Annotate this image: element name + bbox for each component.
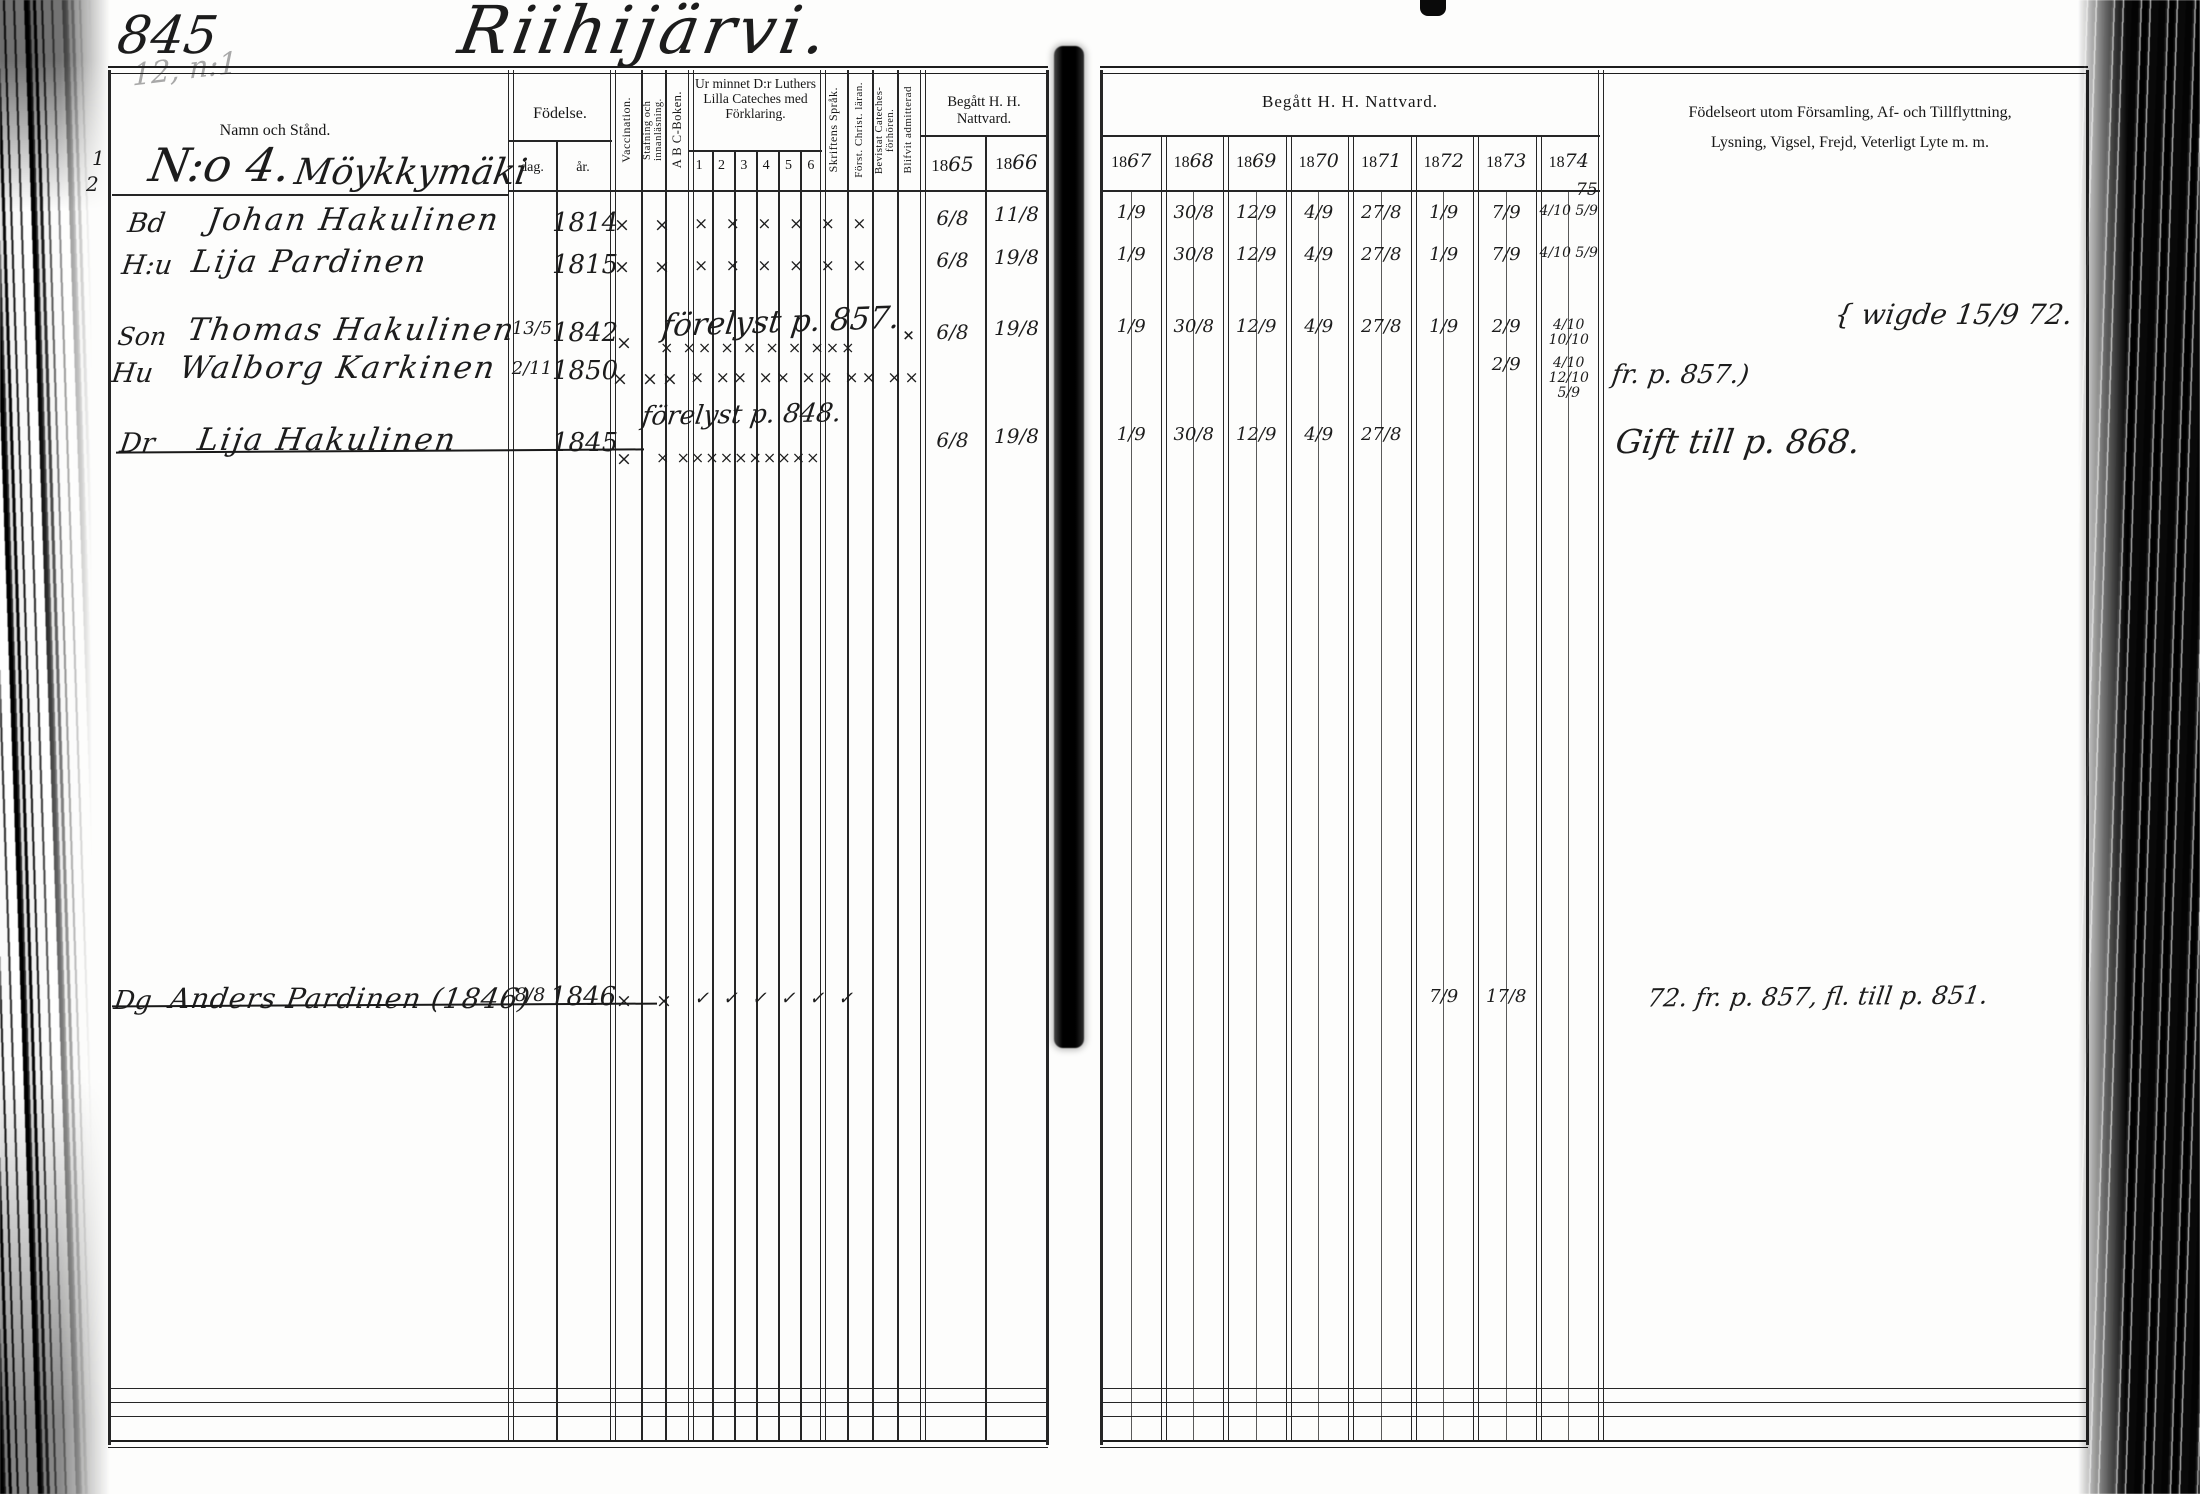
communion-entry: 27/8 bbox=[1350, 318, 1413, 348]
marks-catechism: × × × × × × bbox=[694, 214, 872, 234]
communion-entry: 7/9 bbox=[1413, 988, 1476, 1005]
marks-early: × bbox=[616, 332, 641, 354]
column-header-birth-year: år. bbox=[556, 160, 610, 176]
communion-row-right: 1/9 30/8 12/9 4/9 27/8 bbox=[1100, 426, 1600, 443]
catechism-col-5: 5 bbox=[777, 158, 799, 174]
communion-row-right: 2/9 4/10 12/10 5/9 bbox=[1100, 356, 1600, 401]
communion-entry: 4/10 5/9 bbox=[1538, 204, 1601, 221]
person-title: Bd bbox=[126, 208, 167, 239]
marks-early: × ×× bbox=[612, 368, 682, 390]
communion-entry: 4/9 bbox=[1288, 246, 1351, 263]
catechism-col-3: 3 bbox=[733, 158, 755, 174]
communion-entry: 7/9 bbox=[1475, 246, 1538, 263]
communion-entry: 30/8 bbox=[1163, 246, 1226, 263]
communion-entry: 11/8 bbox=[985, 202, 1048, 226]
communion-entry bbox=[1288, 356, 1351, 401]
communion-entry: 27/8 bbox=[1350, 246, 1413, 263]
birth-year: 1846 bbox=[550, 982, 608, 1012]
catechism-col-1: 1 bbox=[688, 158, 710, 174]
column-header-exam: Bevistat Cateches-förhören. bbox=[872, 72, 897, 188]
marks-early: × × bbox=[614, 256, 679, 278]
rule bbox=[897, 70, 899, 1440]
column-header-communion-left: Begått H. H. Nattvard. bbox=[920, 94, 1048, 128]
person-title: Son bbox=[116, 322, 168, 351]
rule bbox=[920, 135, 1048, 137]
communion-entry bbox=[1413, 356, 1476, 401]
communion-entry bbox=[1225, 988, 1288, 1005]
village-number: N:o 4. bbox=[145, 138, 295, 192]
communion-entry: 17/8 bbox=[1475, 988, 1538, 1005]
admitted-mark: × bbox=[897, 326, 920, 344]
communion-entry: 2/9 bbox=[1475, 318, 1538, 348]
marks-catechism: × ×× ×× ×× ×× ×× bbox=[690, 368, 922, 388]
right-year-headers: 1867 1868 1869 1870 1871 1872 1873 1874 bbox=[1100, 150, 1600, 172]
communion-entry bbox=[1475, 426, 1538, 443]
catechism-col-4: 4 bbox=[755, 158, 777, 174]
communion-entry bbox=[1288, 988, 1351, 1005]
book-gutter-shadow bbox=[1054, 46, 1084, 1048]
birth-year: 1815 bbox=[552, 250, 610, 280]
notes-column-header-line2: Lysning, Vigsel, Frejd, Veterligt Lyte m… bbox=[1640, 134, 2060, 152]
catechism-subcolumn-numbers: 1 2 3 4 5 6 bbox=[688, 158, 822, 174]
rule bbox=[112, 194, 508, 196]
communion-entry: 1/9 bbox=[1413, 246, 1476, 263]
person-name: Lija Pardinen bbox=[189, 244, 430, 280]
marks-catechism: × ×× × × × × ××× bbox=[660, 338, 857, 357]
communion-entry: 4/9 bbox=[1288, 204, 1351, 221]
column-header-scripture: Skriftens Språk. bbox=[820, 72, 847, 188]
scan-edge-right bbox=[2078, 0, 2200, 1494]
communion-entry bbox=[1225, 356, 1288, 401]
marks-early: × bbox=[616, 448, 641, 470]
year-note-75: 75 bbox=[1576, 180, 1598, 200]
communion-entry: 6/8 bbox=[920, 320, 985, 344]
person-title: Dg bbox=[112, 986, 154, 1016]
scan-edge-left-shade bbox=[0, 0, 110, 1494]
marks-early: × × bbox=[614, 214, 679, 236]
communion-entry: 6/8 bbox=[920, 428, 985, 452]
communion-entry bbox=[1538, 988, 1601, 1005]
right-table-bottom-border bbox=[1100, 1440, 2088, 1448]
parish-title: Riihijärvi. bbox=[453, 0, 837, 69]
communion-entry: 27/8 bbox=[1350, 426, 1413, 443]
left-table-bottom-border bbox=[108, 1440, 1048, 1448]
communion-entry: 1/9 bbox=[1100, 204, 1163, 221]
person-title: Hu bbox=[110, 358, 155, 389]
communion-row-right: 7/9 17/8 bbox=[1100, 988, 1600, 1005]
column-header-christianity: Först. Christ. läran. bbox=[847, 72, 872, 188]
banns-note: förelyst p. 848. bbox=[640, 398, 843, 432]
notes-column-header-line1: Födelseort utom Församling, Af- och Till… bbox=[1640, 104, 2060, 122]
from-page-note: fr. p. 857.) bbox=[1610, 360, 1751, 390]
rule bbox=[508, 70, 514, 1440]
communion-entry: 12/9 bbox=[1225, 426, 1288, 443]
year-header-1873: 1873 bbox=[1475, 150, 1538, 172]
birth-day: 2/11 bbox=[508, 358, 556, 379]
marks-catechism: ✓ ✓ ✓ ✓ ✓ ✓ bbox=[694, 988, 857, 1009]
rule bbox=[1046, 70, 1049, 1445]
person-name: Anders Pardinen (1846) bbox=[167, 982, 533, 1015]
year-header-1868: 1868 bbox=[1163, 150, 1226, 172]
communion-entry bbox=[1350, 356, 1413, 401]
marks-catechism: × × × × × × bbox=[694, 256, 872, 276]
communion-entry bbox=[1163, 356, 1226, 401]
rule bbox=[688, 150, 822, 152]
birth-day: 13/5 bbox=[508, 318, 556, 339]
communion-entry: 12/9 bbox=[1225, 246, 1288, 263]
column-header-abc-book: A B C-Boken. bbox=[665, 72, 689, 188]
communion-entry: 4/9 bbox=[1288, 318, 1351, 348]
person-name: Johan Hakulinen bbox=[205, 202, 502, 238]
column-header-reading: Stafning och innanläsning. bbox=[641, 72, 665, 188]
catechism-col-6: 6 bbox=[800, 158, 822, 174]
marks-early: × × bbox=[616, 990, 681, 1012]
column-header-vaccination: Vaccination. bbox=[611, 72, 641, 188]
rule bbox=[508, 140, 612, 142]
rule bbox=[1100, 135, 1600, 137]
communion-row-right: 1/9 30/8 12/9 4/9 27/8 1/9 2/9 4/10 10/1… bbox=[1100, 318, 1600, 348]
year-header-1870: 1870 bbox=[1288, 150, 1351, 172]
person-name: Thomas Hakulinen bbox=[185, 312, 518, 348]
communion-entry bbox=[1100, 356, 1163, 401]
rule bbox=[1100, 1416, 2088, 1417]
right-table-top-border bbox=[1100, 66, 2088, 74]
birth-year: 1850 bbox=[552, 356, 610, 386]
communion-entry: 4/10 12/10 5/9 bbox=[1538, 356, 1601, 401]
village-name: Möykkymäki bbox=[292, 152, 530, 193]
rule bbox=[1100, 70, 1103, 1445]
communion-entry: 6/8 bbox=[920, 206, 985, 230]
birth-year: 1845 bbox=[552, 428, 610, 458]
communion-entry: 19/8 bbox=[985, 424, 1048, 448]
scanned-parish-register-page: 845 Riihijärvi. 12, n:1 1 2 Namn och Stå… bbox=[0, 0, 2200, 1494]
marriage-note: { wigde 15/9 72. bbox=[1833, 298, 2075, 331]
column-header-birth: Födelse. bbox=[508, 105, 612, 123]
communion-entry: 30/8 bbox=[1163, 318, 1226, 348]
communion-entry: 1/9 bbox=[1100, 426, 1163, 443]
communion-entry: 30/8 bbox=[1163, 204, 1226, 221]
rule bbox=[920, 70, 926, 1440]
catechism-col-2: 2 bbox=[710, 158, 732, 174]
rule bbox=[108, 1402, 1048, 1403]
rule bbox=[108, 1388, 1048, 1389]
year-header-1872: 1872 bbox=[1413, 150, 1476, 172]
communion-entry: 27/8 bbox=[1350, 204, 1413, 221]
communion-entry bbox=[1538, 426, 1601, 443]
year-header-1866: 1866 bbox=[985, 150, 1048, 174]
column-header-admitted: Blifvit admitterad bbox=[897, 72, 920, 188]
communion-row-right: 1/9 30/8 12/9 4/9 27/8 1/9 7/9 4/10 5/9 bbox=[1100, 204, 1600, 221]
communion-entry bbox=[1413, 426, 1476, 443]
communion-entry bbox=[1100, 988, 1163, 1005]
moved-note: 72. fr. p. 857, fl. till p. 851. bbox=[1646, 981, 1990, 1013]
communion-entry: 1/9 bbox=[1413, 318, 1476, 348]
person-name: Walborg Karkinen bbox=[177, 350, 499, 386]
communion-entry: 19/8 bbox=[985, 316, 1048, 340]
rule bbox=[1100, 190, 1600, 192]
rule bbox=[1100, 1402, 2088, 1403]
birth-year: 1814 bbox=[552, 208, 610, 238]
rule bbox=[108, 1416, 1048, 1417]
communion-entry: 1/9 bbox=[1100, 246, 1163, 263]
column-header-communion-right: Begått H. H. Nattvard. bbox=[1100, 92, 1600, 112]
column-header-catechism: Ur minnet D:r Luthers Lilla Cateches med… bbox=[690, 76, 821, 121]
communion-entry: 4/9 bbox=[1288, 426, 1351, 443]
communion-entry: 4/10 10/10 bbox=[1538, 318, 1601, 348]
communion-entry: 1/9 bbox=[1100, 318, 1163, 348]
year-header-1865: 1865 bbox=[920, 152, 985, 176]
communion-entry: 19/8 bbox=[985, 245, 1048, 269]
communion-entry: 7/9 bbox=[1475, 204, 1538, 221]
person-title: Dr bbox=[118, 428, 157, 459]
marks-catechism: × ×××××××××× bbox=[656, 448, 821, 467]
moved-to-page-note: Gift till p. 868. bbox=[1613, 422, 1862, 461]
year-header-1867: 1867 bbox=[1100, 150, 1163, 172]
year-header-1874: 1874 bbox=[1538, 150, 1601, 172]
rule bbox=[1100, 1388, 2088, 1389]
communion-row-right: 1/9 30/8 12/9 4/9 27/8 1/9 7/9 4/10 5/9 bbox=[1100, 246, 1600, 263]
communion-entry: 12/9 bbox=[1225, 204, 1288, 221]
communion-entry bbox=[1350, 988, 1413, 1005]
communion-entry: 4/10 5/9 bbox=[1538, 246, 1601, 263]
communion-entry: 6/8 bbox=[920, 248, 985, 272]
communion-entry bbox=[1163, 988, 1226, 1005]
birth-year: 1842 bbox=[552, 318, 610, 348]
communion-entry: 1/9 bbox=[1413, 204, 1476, 221]
year-header-1869: 1869 bbox=[1225, 150, 1288, 172]
scan-ink-blob bbox=[1420, 0, 1446, 16]
person-title: H:u bbox=[120, 250, 174, 281]
rule bbox=[508, 190, 1048, 192]
communion-entry: 2/9 bbox=[1475, 356, 1538, 401]
rule bbox=[1598, 70, 1604, 1440]
communion-entry: 12/9 bbox=[1225, 318, 1288, 348]
communion-entry: 30/8 bbox=[1163, 426, 1226, 443]
year-header-1871: 1871 bbox=[1350, 150, 1413, 172]
